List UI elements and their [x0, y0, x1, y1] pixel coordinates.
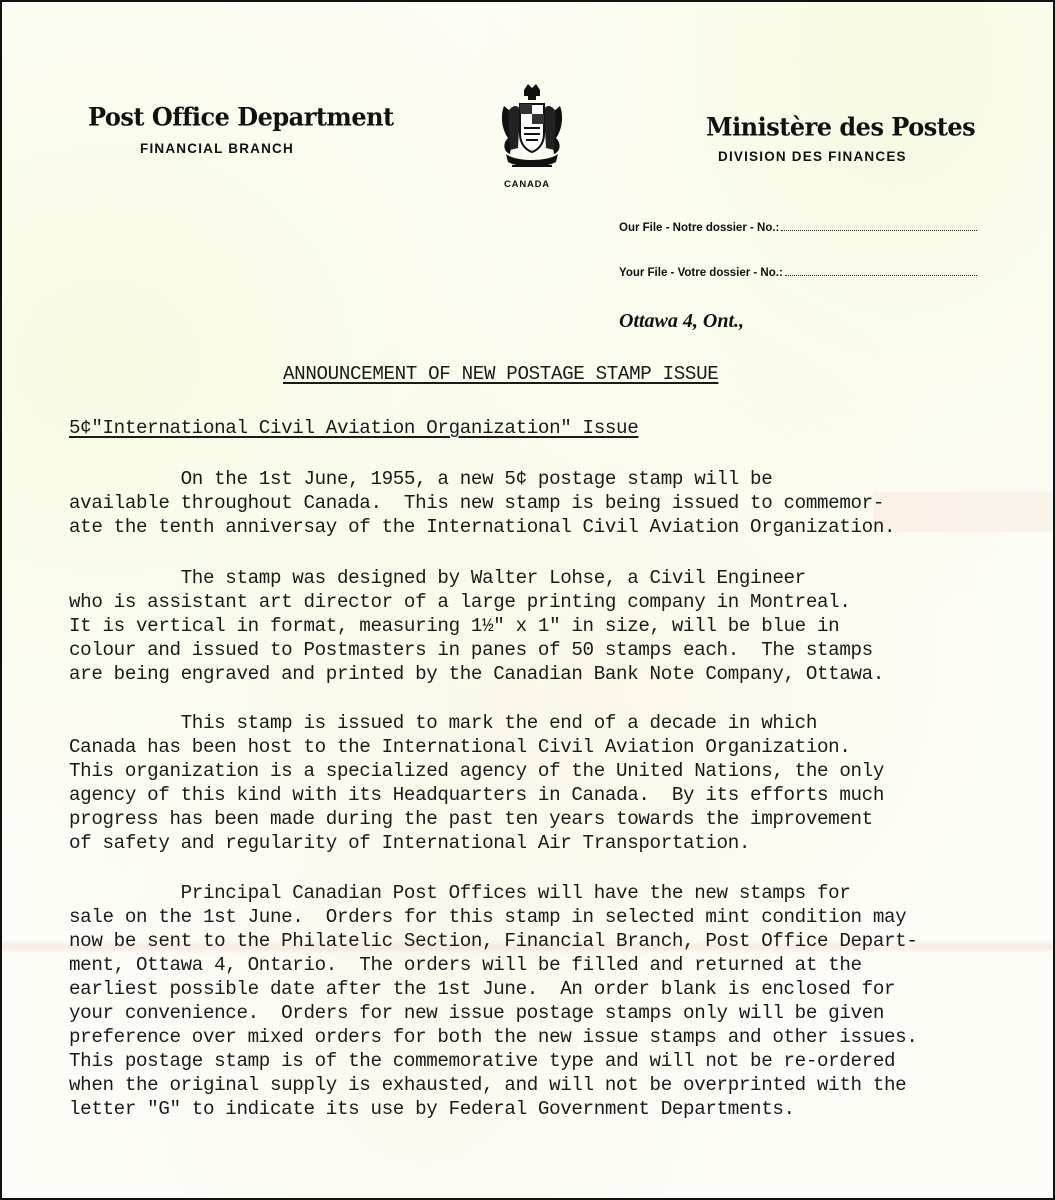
paragraph-line: This stamp is issued to mark the end of … [69, 711, 999, 735]
body-paragraph: This stamp is issued to mark the end of … [69, 711, 999, 855]
paragraph-line: your convenience. Orders for new issue p… [69, 1001, 999, 1025]
paragraph-line: progress has been made during the past t… [69, 807, 999, 831]
paragraph-line: This postage stamp is of the commemorati… [69, 1049, 999, 1073]
your-file-field: Your File - Votre dossier - No.: [619, 266, 977, 279]
your-file-value [785, 266, 977, 276]
body-paragraph: Principal Canadian Post Offices will hav… [69, 881, 999, 1121]
our-file-label: Our File - Notre dossier - No.: [619, 222, 779, 234]
paragraph-line: On the 1st June, 1955, a new 5¢ postage … [69, 467, 999, 491]
our-file-field: Our File - Notre dossier - No.: [619, 221, 977, 234]
paragraph-line: The stamp was designed by Walter Lohse, … [69, 566, 999, 590]
letter-page: Post Office Department FINANCIAL BRANCH … [0, 0, 1055, 1200]
place-line: Ottawa 4, Ont., [619, 310, 744, 333]
paragraph-line: are being engraved and printed by the Ca… [69, 662, 999, 686]
paragraph-line: Canada has been host to the Internationa… [69, 735, 999, 759]
ministry-subtitle: DIVISION DES FINANCES [718, 149, 907, 164]
paragraph-line: available throughout Canada. This new st… [69, 491, 999, 515]
body-paragraph: On the 1st June, 1955, a new 5¢ postage … [69, 467, 999, 539]
department-subtitle: FINANCIAL BRANCH [140, 141, 294, 156]
paragraph-line: who is assistant art director of a large… [69, 590, 999, 614]
paragraph-line: It is vertical in format, measuring 1½" … [69, 614, 999, 638]
paragraph-line: colour and issued to Postmasters in pane… [69, 638, 999, 662]
department-title: Post Office Department [88, 101, 394, 131]
paragraph-line: when the original supply is exhausted, a… [69, 1073, 999, 1097]
body-paragraph: The stamp was designed by Walter Lohse, … [69, 566, 999, 686]
our-file-value [781, 221, 977, 231]
paragraph-line: preference over mixed orders for both th… [69, 1025, 999, 1049]
issue-heading: 5¢"International Civil Aviation Organiza… [69, 417, 638, 439]
your-file-label: Your File - Votre dossier - No.: [619, 267, 783, 279]
announcement-heading: ANNOUNCEMENT OF NEW POSTAGE STAMP ISSUE [283, 363, 718, 385]
paragraph-line: ate the tenth anniversay of the Internat… [69, 515, 999, 539]
paragraph-line: of safety and regularity of Internationa… [69, 831, 999, 855]
paragraph-line: earliest possible date after the 1st Jun… [69, 977, 999, 1001]
paragraph-line: sale on the 1st June. Orders for this st… [69, 905, 999, 929]
paragraph-line: letter "G" to indicate its use by Federa… [69, 1097, 999, 1121]
paragraph-line: Principal Canadian Post Offices will hav… [69, 881, 999, 905]
paragraph-line: now be sent to the Philatelic Section, F… [69, 929, 999, 953]
crest-label: CANADA [504, 179, 550, 190]
paragraph-line: This organization is a specialized agenc… [69, 759, 999, 783]
paragraph-line: agency of this kind with its Headquarter… [69, 783, 999, 807]
canada-coat-of-arms-icon [498, 82, 566, 174]
ministry-title: Ministère des Postes [706, 111, 975, 141]
paragraph-line: ment, Ottawa 4, Ontario. The orders will… [69, 953, 999, 977]
